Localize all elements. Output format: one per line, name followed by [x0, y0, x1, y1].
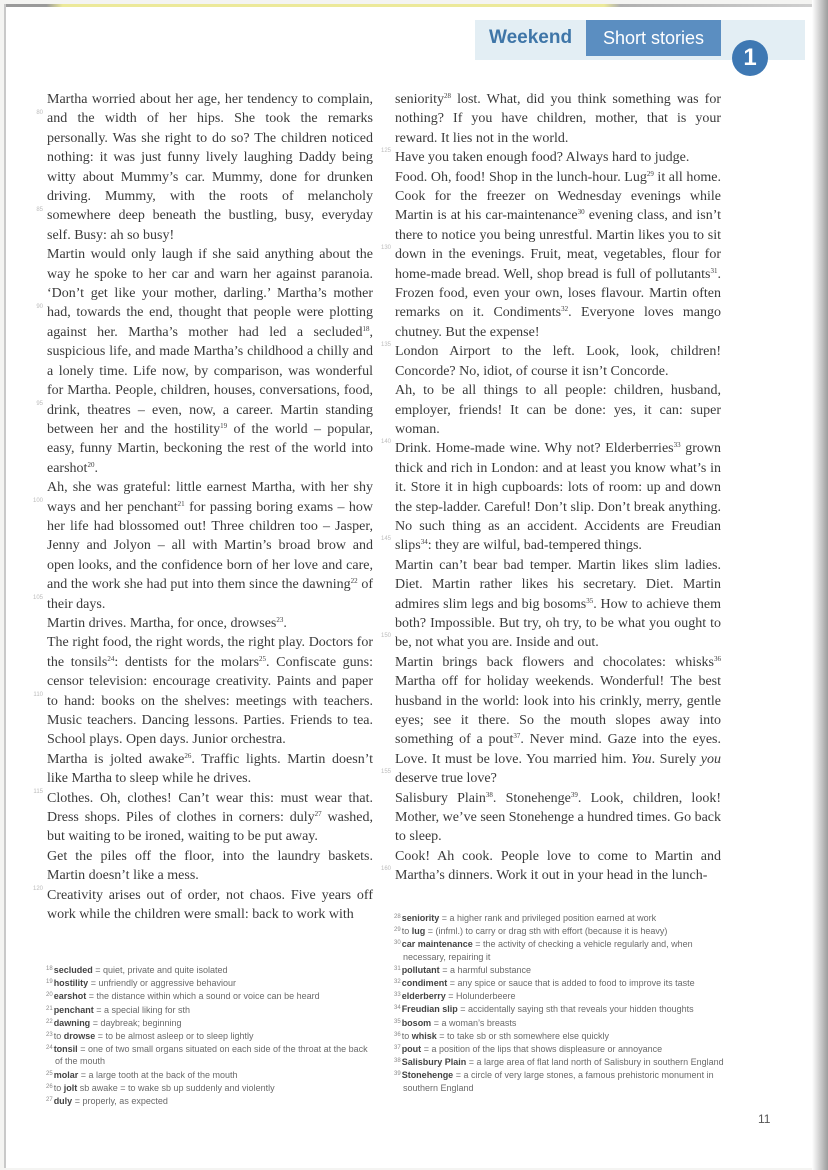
- glossary-entry: 29to lug = (infml.) to carry or drag sth…: [394, 924, 734, 937]
- glossary-entry: 37pout = a position of the lips that sho…: [394, 1042, 734, 1055]
- line-number: 85: [29, 201, 43, 220]
- unit-number-badge: 1: [732, 40, 768, 76]
- line-number: 150: [377, 627, 391, 646]
- glossary-entry: 34Freudian slip = accidentally saying st…: [394, 1002, 734, 1015]
- story-paragraph: Drink. Home-made wine. Why not? Elderber…: [395, 439, 721, 555]
- line-number: 115: [29, 783, 43, 802]
- line-number: 90: [29, 298, 43, 317]
- glossary-entry: 39Stonehenge = a circle of very large st…: [394, 1068, 734, 1093]
- glossary-entry: 30car maintenance = the activity of chec…: [394, 937, 734, 962]
- glossary-entry: 35bosom = a woman’s breasts: [394, 1016, 734, 1029]
- line-number: 80: [29, 104, 43, 123]
- glossary-entry: 19hostility = unfriendly or aggressive b…: [46, 976, 376, 989]
- glossary-entry: 23to drowse = to be almost asleep or to …: [46, 1029, 376, 1042]
- glossary-entry: 27duly = properly, as expected: [46, 1094, 376, 1107]
- glossary-entry: 24tonsil = one of two small organs situa…: [46, 1042, 376, 1067]
- section-label: Weekend: [489, 20, 572, 56]
- story-paragraph: Martin drives. Martha, for once, drowses…: [47, 614, 373, 633]
- story-paragraph: London Airport to the left. Look, look, …: [395, 342, 721, 381]
- line-number: 95: [29, 395, 43, 414]
- glossary-right: 28seniority = a higher rank and privileg…: [394, 911, 734, 1094]
- story-paragraph: Martin can’t bear bad temper. Martin lik…: [395, 556, 721, 653]
- glossary-entry: 28seniority = a higher rank and privileg…: [394, 911, 734, 924]
- story-column-left: Martha worried about her age, her tenden…: [47, 90, 373, 924]
- glossary-entry: 21penchant = a special liking for sth: [46, 1003, 376, 1016]
- line-number: 120: [29, 880, 43, 899]
- glossary-entry: 32condiment = any spice or sauce that is…: [394, 976, 734, 989]
- line-number: 105: [29, 589, 43, 608]
- story-paragraph: seniority28 lost. What, did you think so…: [395, 90, 721, 148]
- line-number: 110: [29, 686, 43, 705]
- line-number: 100: [29, 492, 43, 511]
- page-spine-shadow: [812, 0, 828, 1170]
- story-paragraph: Martin brings back flowers and chocolate…: [395, 653, 721, 789]
- story-paragraph: Martha worried about her age, her tenden…: [47, 90, 373, 245]
- story-paragraph: Ah, she was grateful: little earnest Mar…: [47, 478, 373, 614]
- story-paragraph: Have you taken enough food? Always hard …: [395, 148, 721, 167]
- glossary-entry: 33elderberry = Holunderbeere: [394, 989, 734, 1002]
- story-paragraph: Get the piles off the floor, into the la…: [47, 847, 373, 886]
- story-paragraph: The right food, the right words, the rig…: [47, 633, 373, 749]
- glossary-entry: 26to jolt sb awake = to wake sb up sudde…: [46, 1081, 376, 1094]
- glossary-left: 18secluded = quiet, private and quite is…: [46, 963, 376, 1107]
- story-paragraph: Food. Oh, food! Shop in the lunch-hour. …: [395, 168, 721, 343]
- story-paragraph: Martin would only laugh if she said anyt…: [47, 245, 373, 478]
- story-paragraph: Creativity arises out of order, not chao…: [47, 886, 373, 925]
- glossary-entry: 22dawning = daybreak; beginning: [46, 1016, 376, 1029]
- glossary-entry: 18secluded = quiet, private and quite is…: [46, 963, 376, 976]
- tab-short-stories: Short stories: [586, 20, 721, 56]
- glossary-entry: 31pollutant = a harmful substance: [394, 963, 734, 976]
- line-number: 145: [377, 530, 391, 549]
- story-paragraph: Martha is jolted awake26. Traffic lights…: [47, 750, 373, 789]
- glossary-entry: 36to whisk = to take sb or sth somewhere…: [394, 1029, 734, 1042]
- story-paragraph: Salisbury Plain38. Stonehenge39. Look, c…: [395, 789, 721, 847]
- story-paragraph: Ah, to be all things to all people: chil…: [395, 381, 721, 439]
- story-paragraph: Clothes. Oh, clothes! Can’t wear this: m…: [47, 789, 373, 847]
- glossary-entry: 20earshot = the distance within which a …: [46, 989, 376, 1002]
- glossary-entry: 25molar = a large tooth at the back of t…: [46, 1068, 376, 1081]
- page-number: 11: [758, 1112, 770, 1126]
- story-paragraph: Cook! Ah cook. People love to come to Ma…: [395, 847, 721, 886]
- line-number: 160: [377, 860, 391, 879]
- top-edge-strip: [6, 4, 814, 7]
- glossary-entry: 38Salisbury Plain = a large area of flat…: [394, 1055, 734, 1068]
- line-number: 135: [377, 336, 391, 355]
- story-column-right: seniority28 lost. What, did you think so…: [395, 90, 721, 886]
- line-number: 155: [377, 763, 391, 782]
- line-number: 140: [377, 433, 391, 452]
- line-number: 125: [377, 142, 391, 161]
- line-number: 130: [377, 239, 391, 258]
